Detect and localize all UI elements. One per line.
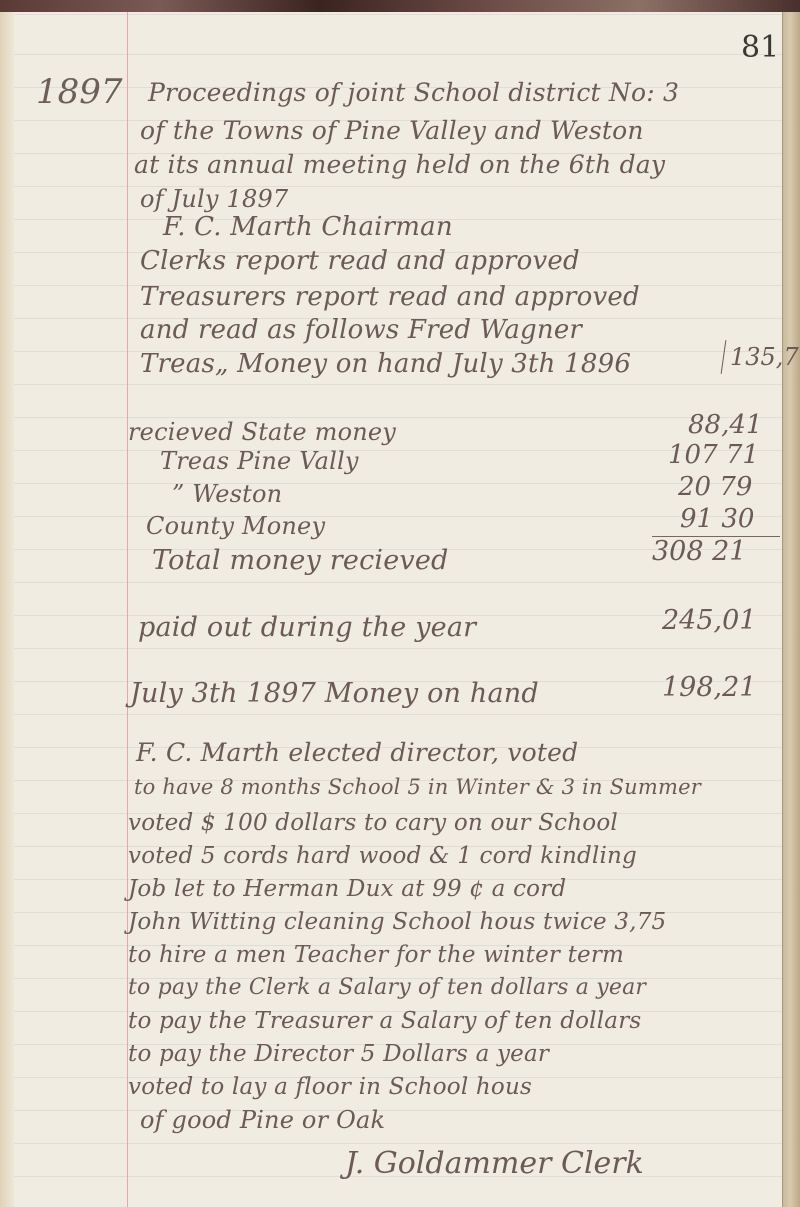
opening-balance-amount: 135,71: [730, 343, 800, 371]
receipt-amount: 91 30: [680, 504, 754, 534]
receipt-label: Treas Pine Vally: [160, 447, 359, 475]
receipt-label: recieved State money: [128, 418, 396, 446]
clerk-report-line: Clerks report read and approved: [140, 246, 580, 276]
resolution-line: to pay the Director 5 Dollars a year: [128, 1041, 549, 1067]
resolution-line: Job let to Herman Dux at 99 ¢ a cord: [128, 876, 566, 902]
paid-out-amount: 245,01: [662, 605, 756, 636]
receipt-label: County Money: [146, 512, 325, 540]
paid-out-label: paid out during the year: [138, 612, 476, 643]
header-line: at its annual meeting held on the 6th da…: [134, 150, 665, 179]
resolution-line: of good Pine or Oak: [140, 1106, 385, 1134]
receipt-label: ” Weston: [172, 480, 282, 508]
treasurer-report-line: Treasurers report read and approved: [140, 282, 640, 312]
page-number: 81: [741, 30, 779, 65]
total-amount: 308 21: [652, 536, 746, 567]
resolution-line: F. C. Marth elected director, voted: [136, 738, 578, 767]
resolution-line: voted 5 cords hard wood & 1 cord kindlin…: [128, 843, 637, 869]
receipt-amount: 107 71: [668, 440, 759, 470]
resolution-line: to hire a men Teacher for the winter ter…: [128, 942, 624, 968]
resolution-line: John Witting cleaning School hous twice …: [128, 909, 666, 935]
resolution-line: voted $ 100 dollars to cary on our Schoo…: [128, 810, 618, 836]
resolution-line: to have 8 months School 5 in Winter & 3 …: [134, 775, 701, 799]
page-left-edge: [0, 12, 14, 1207]
header-line: of July 1897: [140, 185, 288, 213]
header-line: of the Towns of Pine Valley and Weston: [140, 116, 644, 145]
resolution-line: to pay the Clerk a Salary of ten dollars…: [128, 975, 646, 1000]
margin-year: 1897: [36, 72, 123, 112]
clerk-signature: J. Goldammer Clerk: [345, 1146, 644, 1181]
treasurer-name-line: and read as follows Fred Wagner: [140, 315, 582, 345]
resolution-line: to pay the Treasurer a Salary of ten dol…: [128, 1008, 641, 1034]
header-line: Proceedings of joint School district No:…: [148, 78, 679, 107]
total-label: Total money recieved: [152, 545, 449, 576]
book-binding-right: [782, 12, 800, 1207]
resolution-line: voted to lay a floor in School hous: [128, 1074, 532, 1100]
closing-balance-amount: 198,21: [662, 672, 756, 703]
closing-balance-label: July 3th 1897 Money on hand: [130, 678, 539, 709]
receipt-amount: 88,41: [688, 410, 762, 440]
opening-balance-label: Treas„ Money on hand July 3th 1896: [140, 349, 631, 379]
chairman-line: F. C. Marth Chairman: [163, 212, 453, 242]
receipt-amount: 20 79: [678, 472, 752, 502]
